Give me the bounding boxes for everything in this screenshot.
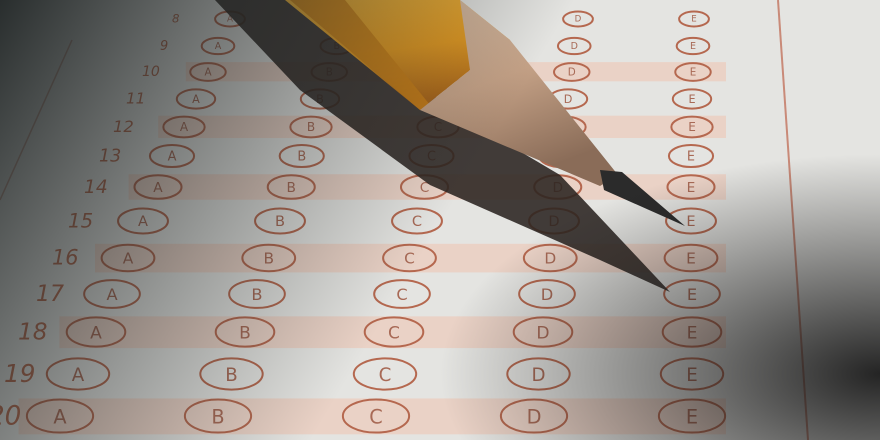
right-shadow [0, 0, 880, 440]
answer-sheet-photo: 8ABCDE9ABCDE10ABCDE11ABCDE12ABCDE13ABCDE… [0, 0, 880, 440]
photo-canvas: 8ABCDE9ABCDE10ABCDE11ABCDE12ABCDE13ABCDE… [0, 0, 880, 440]
